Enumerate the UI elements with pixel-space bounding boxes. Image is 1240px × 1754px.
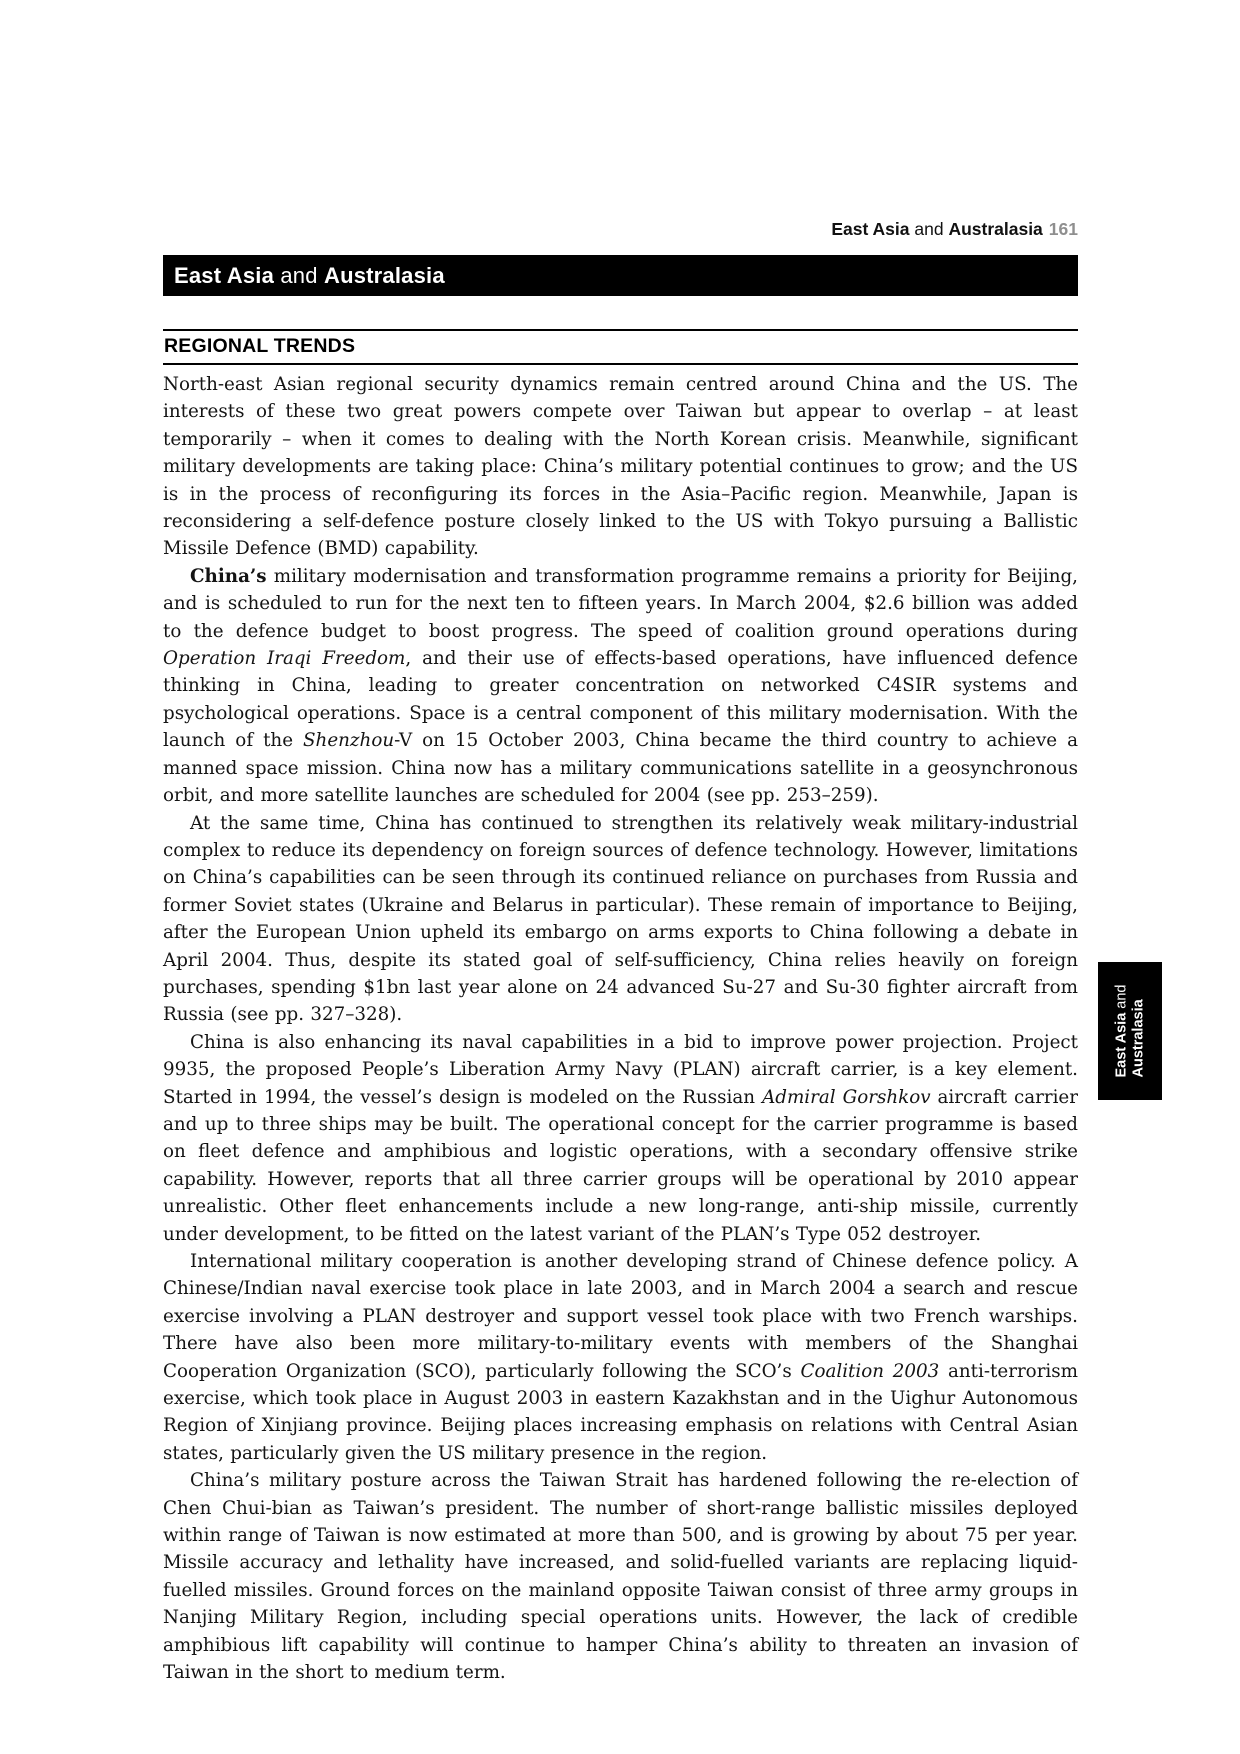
side-tab-line-2: Australasia (1130, 985, 1147, 1078)
section-heading-regional-trends: REGIONAL TRENDS (163, 329, 1078, 365)
paragraph-international-cooperation: International military cooperation is an… (163, 1248, 1078, 1467)
chapter-title: East Asia and Australasia (174, 263, 445, 288)
running-head: East Asia and Australasia161 (163, 219, 1078, 240)
body-text: North-east Asian regional security dynam… (163, 371, 1078, 1687)
paragraph-regional-overview: North-east Asian regional security dynam… (163, 371, 1078, 563)
paragraph-naval-capabilities: China is also enhancing its naval capabi… (163, 1029, 1078, 1248)
paragraph-taiwan-strait: China’s military posture across the Taiw… (163, 1467, 1078, 1686)
paragraph-china-modernisation: China’s military modernisation and trans… (163, 563, 1078, 810)
running-head-page-number: 161 (1049, 219, 1078, 239)
chapter-side-tab: East Asia and Australasia (1098, 962, 1162, 1100)
running-head-title: East Asia and Australasia (831, 219, 1042, 239)
side-tab-line-1: East Asia and (1113, 985, 1130, 1078)
paragraph-military-industrial: At the same time, China has continued to… (163, 810, 1078, 1029)
chapter-title-banner: East Asia and Australasia (163, 255, 1078, 296)
chapter-side-tab-label: East Asia and Australasia (1113, 985, 1147, 1078)
